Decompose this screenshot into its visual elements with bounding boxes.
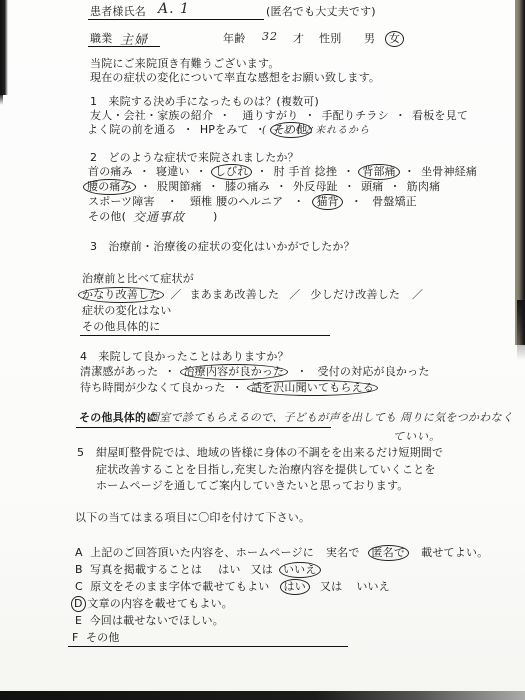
- q4-other-label: その他具体的に: [79, 411, 157, 425]
- q1-title: 1 来院する決め手になったものは？(複数可): [90, 95, 319, 109]
- q4-options-row-1: 清潔感があった・治療内容が良かった・受付の対応が良かった: [80, 365, 430, 379]
- q1-option: よく院の前を通る: [87, 123, 177, 136]
- scan-edge-right-fade: [517, 300, 525, 360]
- consent-item-e: E 今回は載せないでほしい。: [75, 614, 224, 628]
- q2-options-row-1: 首の痛み・寝違い・しびれ・肘 手首 捻挫・背部痛・坐骨神経痛: [88, 165, 477, 179]
- q2-options-row-3: スポーツ障害・頸椎 腰のヘルニア・猫背・骨盤矯正: [88, 195, 417, 209]
- q1-option: 看板を見て: [412, 109, 468, 122]
- q3-other-underline: [80, 335, 330, 336]
- consent-item-d: D 文章の内容を載せてもよい。: [73, 597, 233, 611]
- gender-option-female-circled: 女: [387, 32, 402, 46]
- q3-title: 3 治療前・治療後の症状の変化はいかがでしたか？: [90, 240, 355, 254]
- age-label: 年齢: [223, 32, 245, 46]
- q5-line-3: ホームページを通してご案内していきたいと思っております。: [96, 479, 409, 493]
- q3-other-label: その他具体的に: [82, 320, 160, 334]
- gender-label: 性別: [319, 32, 341, 46]
- consent-item-c: C 原文をそのまま字体で載せてもよいはい又はいいえ: [75, 580, 390, 594]
- age-unit: 才: [293, 32, 304, 46]
- q2-other-close: ): [213, 210, 218, 224]
- q4-option-listened-circled: 話を沢山聞いてもらえる: [247, 380, 378, 396]
- consent-other-underline: [68, 646, 348, 647]
- anonymous-note: (匿名でも大丈夫です): [266, 5, 376, 19]
- q1-other-answer: ( 子どもと来れるから: [262, 121, 370, 136]
- patient-name-label: 患者様氏名: [90, 5, 146, 19]
- q2-options-row-2: 腰の痛み・股関節痛・膝の痛み・外反母趾・頭痛・筋肉痛: [85, 180, 440, 194]
- consent-d-letter-circled: D: [71, 596, 86, 612]
- q4-options-row-2: 待ち時間が少なくて良かった・話を沢山聞いてもらえる: [80, 381, 376, 395]
- q2-title: 2 どのような症状で来院されましたか？: [90, 151, 299, 165]
- q5-line-2: 症状改善することを目指し,充実した治療内容を提供していくことを: [96, 463, 436, 477]
- q2-other-answer: 交通事故: [133, 208, 185, 225]
- scan-edge-left: [0, 0, 8, 95]
- scan-edge-right: [515, 0, 525, 345]
- intro-line-1: 当院にご来院頂き有難うございます。: [90, 57, 280, 71]
- q3-option-much-improved-circled: かなり改善した: [78, 287, 164, 303]
- age-value: 32: [262, 30, 278, 43]
- q5-line-1: 紺屋町整骨院では、地域の皆様に身体の不調をを出来るだけ短期間で: [96, 446, 443, 460]
- consent-item-b: B 写真を掲載することははい又はいいえ: [75, 563, 319, 577]
- consent-a-anonymous-circled: 匿名で: [368, 545, 410, 561]
- q4-other-answer-line-1: 個室で診てもらえるので、子どもが声を出しても 周りに気をつかわなく: [148, 409, 513, 425]
- q3-options-row: かなり改善した／まあまあ改善した／少しだけ改善した／: [80, 288, 435, 302]
- occupation-label: 職業: [90, 32, 112, 46]
- consent-b-no-circled: いいえ: [279, 562, 321, 578]
- q5-number: 5: [77, 446, 84, 460]
- q4-other-answer-line-2: ていい。: [393, 428, 441, 444]
- consent-item-a: A 上記のご回答頂いた内容を、ホームページに実名で匿名で載せてよい。: [75, 546, 488, 560]
- scan-edge-bottom: [0, 691, 525, 700]
- q2-option-posture-circled: 猫背: [312, 194, 342, 210]
- q1-option: HPをみて: [200, 123, 249, 136]
- patient-name-value: A. 1: [158, 1, 190, 17]
- scan-edge-left-fade: [0, 95, 3, 105]
- q4-title: 4 来院して良かったことはありますか？: [80, 350, 289, 364]
- gender-option-male: 男: [364, 32, 375, 46]
- consent-instruction: 以下の当てはまる項目に〇印を付けて下さい。: [75, 511, 310, 525]
- name-underline: [88, 19, 264, 20]
- occupation-underline: [88, 46, 160, 47]
- q4-option-treatment-circled: 治療内容が良かった: [180, 364, 289, 380]
- q2-option-numbness-circled: しびれ: [211, 164, 253, 180]
- q2-option-lower-back-circled: 腰の痛み: [83, 179, 136, 195]
- q4-other-underline: [76, 427, 331, 428]
- q3-option-no-change: 症状の変化はない: [82, 304, 172, 318]
- q1-option: 友人・会社・家族の紹介: [90, 109, 213, 122]
- q2-other-label: その他(: [88, 210, 126, 224]
- q3-lead: 治療前と比べて症状が: [82, 272, 194, 286]
- q2-option-back-pain-circled: 背部痛: [358, 164, 400, 180]
- consent-c-yes-circled: はい: [280, 579, 310, 595]
- consent-item-f: F その他: [72, 631, 120, 645]
- intro-line-2: 現在の症状の変化について率直な感想をお願い致します。: [90, 71, 380, 85]
